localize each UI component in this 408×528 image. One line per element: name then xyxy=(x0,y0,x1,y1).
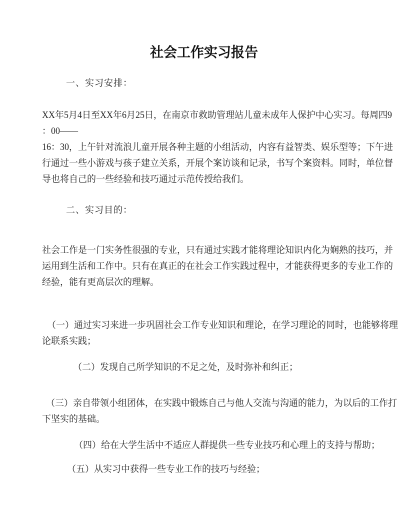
paragraph-line: 导也将自己的一些经验和技巧通过示范传授给我们。 xyxy=(42,171,370,187)
purpose-item-4: （四）给在大学生活中不适应人群提供一些专业技巧和心理上的支持与帮助； xyxy=(42,437,370,453)
paragraph-line: 行通过一些小游戏与孩子建立关系，开展个案访谈和记录，书写个案资料。同时，单位督 xyxy=(42,155,370,171)
arrangement-paragraph: XX年5月4日至XX年6月25日，在南京市救助管理站儿童未成年人保护中心实习。每… xyxy=(42,107,370,187)
item-line: 论联系实践； xyxy=(42,333,370,349)
section-2-heading: 二、实习目的： xyxy=(0,202,408,218)
purpose-item-1: （一）通过实习来进一步巩固社会工作专业知识和理论，在学习理论的同时，也能够将理 … xyxy=(42,317,370,349)
paragraph-line: 16：30，上午针对流浪儿童开展各种主题的小组活动，内容有益智类、娱乐型等；下午… xyxy=(42,139,370,155)
purpose-item-5: （五）从实习中获得一些专业工作的技巧与经验； xyxy=(42,461,370,477)
item-line: （二）发现自己所学知识的不足之处，及时弥补和纠正； xyxy=(42,359,370,375)
document-title: 社会工作实习报告 xyxy=(0,0,408,61)
document-page: 社会工作实习报告 一、实习安排： XX年5月4日至XX年6月25日，在南京市救助… xyxy=(0,0,408,528)
item-line: （三）亲自带领小组团体，在实践中锻炼自己与他人交流与沟通的能力，为以后的工作打 xyxy=(42,395,370,411)
purpose-item-3: （三）亲自带领小组团体，在实践中锻炼自己与他人交流与沟通的能力，为以后的工作打 … xyxy=(42,395,370,427)
item-line: （一）通过实习来进一步巩固社会工作专业知识和理论，在学习理论的同时，也能够将理 xyxy=(42,317,370,333)
paragraph-line: 运用到生活和工作中。只有在真正的在社会工作实践过程中，才能获得更多的专业工作的 xyxy=(42,258,370,274)
item-line: （四）给在大学生活中不适应人群提供一些专业技巧和心理上的支持与帮助； xyxy=(42,437,370,453)
purpose-paragraph: 社会工作是一门实务性很强的专业，只有通过实践才能将理论知识内化为娴熟的技巧，并 … xyxy=(42,242,370,290)
section-1-heading: 一、实习安排： xyxy=(0,75,408,91)
purpose-item-2: （二）发现自己所学知识的不足之处，及时弥补和纠正； xyxy=(42,359,370,375)
paragraph-line: XX年5月4日至XX年6月25日，在南京市救助管理站儿童未成年人保护中心实习。每… xyxy=(42,107,370,123)
paragraph-line: ：00—— xyxy=(42,123,370,139)
item-line: 下坚实的基础。 xyxy=(42,411,370,427)
item-line: （五）从实习中获得一些专业工作的技巧与经验； xyxy=(42,461,370,477)
paragraph-line: 经验，能有更高层次的理解。 xyxy=(42,274,370,290)
paragraph-line: 社会工作是一门实务性很强的专业，只有通过实践才能将理论知识内化为娴熟的技巧，并 xyxy=(42,242,370,258)
